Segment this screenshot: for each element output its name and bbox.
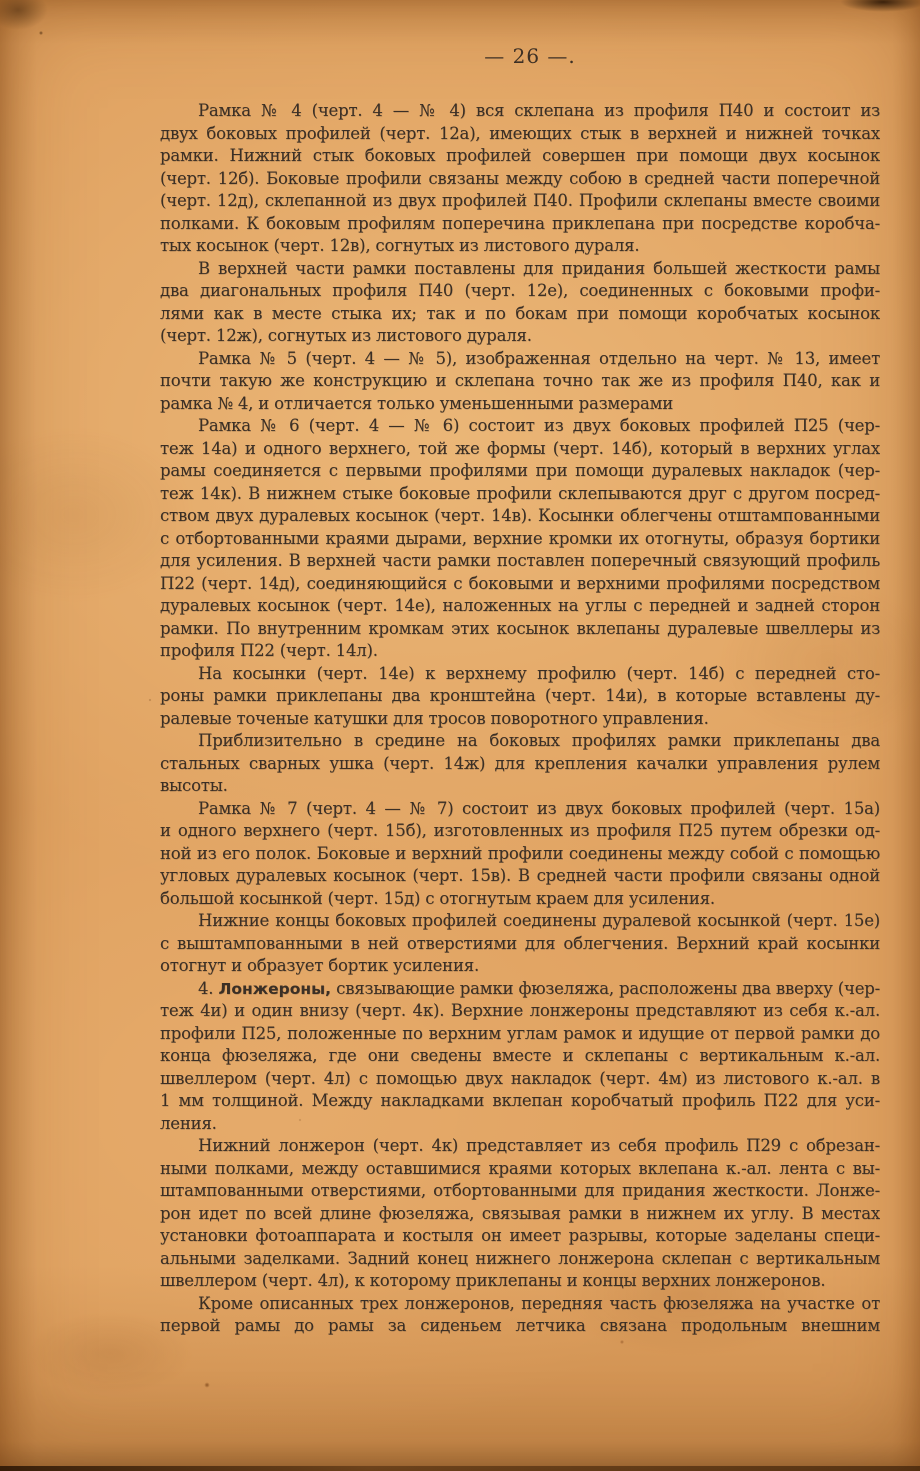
text-line: профиля П22 (черт. 14л). bbox=[160, 640, 880, 663]
text-run: Кроме описанных трех лонжеронов, передня… bbox=[198, 1294, 880, 1313]
text-run: На косынки (черт. 14е) к верхнему профил… bbox=[198, 664, 880, 683]
text-line: теж 4и) и один внизу (черт. 4к). Верхние… bbox=[160, 1000, 880, 1023]
text-run: полками. К боковым профилям поперечина п… bbox=[160, 214, 880, 233]
text-run: лями как в месте стыка их; так и по бока… bbox=[160, 304, 880, 323]
text-run: 4. bbox=[198, 979, 219, 998]
text-run: и одного верхнего (черт. 15б), изготовле… bbox=[160, 821, 880, 840]
text-line: с отбортованными краями дырами, верхние … bbox=[160, 528, 880, 551]
text-line: (черт. 12ж), согнутых из листового дурал… bbox=[160, 325, 880, 348]
text-run: для усиления. В верхней части рамки пост… bbox=[160, 551, 880, 570]
text-line: полками. К боковым профилям поперечина п… bbox=[160, 213, 880, 236]
text-run: профиля П22 (черт. 14л). bbox=[160, 641, 378, 660]
paragraph: Рамка № 4 (черт. 4 — № 4) вся склепана и… bbox=[160, 100, 880, 258]
text-line: теж 14а) и одного верхнего, той же формы… bbox=[160, 438, 880, 461]
text-line: Рамка № 6 (черт. 4 — № 6) состоит из дву… bbox=[160, 415, 880, 438]
text-line: первой рамы до рамы за сиденьем летчика … bbox=[160, 1315, 880, 1338]
text-line: (черт. 12д), склепанной из двух профилей… bbox=[160, 190, 880, 213]
text-run: швеллером (черт. 4л), к которому приклеп… bbox=[160, 1271, 825, 1290]
text-run: ралевые точеные катушки для тросов повор… bbox=[160, 709, 709, 728]
text-run: с отбортованными краями дырами, верхние … bbox=[160, 529, 880, 548]
text-run: рон идет по всей длине фюзеляжа, связыва… bbox=[160, 1204, 880, 1223]
paragraph: Кроме описанных трех лонжеронов, передня… bbox=[160, 1293, 880, 1338]
text-line: штампованными отверстиями, отбортованным… bbox=[160, 1180, 880, 1203]
text-line: высоты. bbox=[160, 775, 880, 798]
text-line: тых косынок (черт. 12в), согнутых из лис… bbox=[160, 235, 880, 258]
text-run: роны рамки приклепаны два кронштейна (че… bbox=[160, 686, 880, 705]
text-run: (черт. 12ж), согнутых из листового дурал… bbox=[160, 326, 532, 345]
text-line: швеллером (черт. 4л) с помощью двух накл… bbox=[160, 1068, 880, 1091]
text-run: ством двух дуралевых косынок (черт. 14в)… bbox=[160, 506, 880, 525]
text-line: 1 мм толщиной. Между накладками вклепан … bbox=[160, 1090, 880, 1113]
text-run: (черт. 12д), склепанной из двух профилей… bbox=[160, 191, 880, 210]
text-line: рамки. По внутренним кромкам этих косыно… bbox=[160, 618, 880, 641]
text-run: ной из его полок. Боковые и верхний проф… bbox=[160, 844, 880, 863]
text-line: ралевые точеные катушки для тросов повор… bbox=[160, 708, 880, 731]
text-line: двух боковых профилей (черт. 12а), имеющ… bbox=[160, 123, 880, 146]
text-run: теж 14к). В нижнем стыке боковые профили… bbox=[160, 484, 880, 503]
text-run: Нижние концы боковых профилей соединены … bbox=[198, 911, 880, 930]
text-run: Рамка № 4 (черт. 4 — № 4) вся склепана и… bbox=[198, 101, 880, 120]
scan-edge-blot-top-right bbox=[840, 0, 920, 12]
text-run: теж 4и) и один внизу (черт. 4к). Верхние… bbox=[160, 1001, 880, 1020]
text-run: стальных сварных ушка (черт. 14ж) для кр… bbox=[160, 754, 880, 773]
text-run: с выштампованными в ней отверстиями для … bbox=[160, 934, 880, 953]
text-run: рамки. Нижний стык боковых профилей сове… bbox=[160, 146, 880, 165]
text-run: высоты. bbox=[160, 776, 228, 795]
paragraph: Приблизительно в средине на боковых проф… bbox=[160, 730, 880, 798]
scan-edge-bottom bbox=[0, 1466, 920, 1471]
page-number: — 26 —. bbox=[160, 44, 900, 68]
text-line: два диагональных профиля П40 (черт. 12е)… bbox=[160, 280, 880, 303]
text-run: швеллером (черт. 4л) с помощью двух накл… bbox=[160, 1069, 880, 1088]
text-line: ной из его полок. Боковые и верхний проф… bbox=[160, 843, 880, 866]
scan-edge-shadow-top-left bbox=[0, 0, 48, 30]
text-line: почти такую же конструкцию и склепана то… bbox=[160, 370, 880, 393]
text-line: установки фотоаппарата и костыля он имее… bbox=[160, 1225, 880, 1248]
text-line: стальных сварных ушка (черт. 14ж) для кр… bbox=[160, 753, 880, 776]
text-line: 4. Лонжероны, связывающие рамки фюзеляжа… bbox=[160, 978, 880, 1001]
text-run: угловых дуралевых косынок (черт. 15в). В… bbox=[160, 866, 880, 885]
text-run: П22 (черт. 14д), соединяющийся с боковым… bbox=[160, 574, 880, 593]
text-line: Приблизительно в средине на боковых проф… bbox=[160, 730, 880, 753]
bold-term: Лонжероны, bbox=[219, 980, 332, 998]
text-run: ными полками, между оставшимися краями к… bbox=[160, 1159, 880, 1178]
text-line: Нижние концы боковых профилей соединены … bbox=[160, 910, 880, 933]
text-run: В верхней части рамки поставлены для при… bbox=[198, 259, 880, 278]
text-line: ными полками, между оставшимися краями к… bbox=[160, 1158, 880, 1181]
text-line: лями как в месте стыка их; так и по бока… bbox=[160, 303, 880, 326]
text-line: с выштампованными в ней отверстиями для … bbox=[160, 933, 880, 956]
text-line: ления. bbox=[160, 1113, 880, 1136]
text-run: Рамка № 6 (черт. 4 — № 6) состоит из дву… bbox=[198, 416, 880, 435]
text-run: альными заделками. Задний конец нижнего … bbox=[160, 1249, 880, 1268]
text-run: дуралевых косынок (черт. 14е), наложенны… bbox=[160, 596, 880, 615]
text-line: (черт. 12б). Боковые профили связаны меж… bbox=[160, 168, 880, 191]
text-run: ления. bbox=[160, 1114, 217, 1133]
paragraph: На косынки (черт. 14е) к верхнему профил… bbox=[160, 663, 880, 731]
text-run: Рамка № 5 (черт. 4 — № 5), изображенная … bbox=[198, 349, 880, 368]
text-line: угловых дуралевых косынок (черт. 15в). В… bbox=[160, 865, 880, 888]
text-run: рамки. По внутренним кромкам этих косыно… bbox=[160, 619, 880, 638]
text-line: В верхней части рамки поставлены для при… bbox=[160, 258, 880, 281]
paragraph: Рамка № 5 (черт. 4 — № 5), изображенная … bbox=[160, 348, 880, 416]
paragraph: Нижний лонжерон (черт. 4к) представляет … bbox=[160, 1135, 880, 1293]
text-run: (черт. 12б). Боковые профили связаны меж… bbox=[160, 169, 880, 188]
text-line: швеллером (черт. 4л), к которому приклеп… bbox=[160, 1270, 880, 1293]
text-line: рамы соединяется с первыми профилями при… bbox=[160, 460, 880, 483]
text-run: первой рамы до рамы за сиденьем летчика … bbox=[160, 1316, 880, 1338]
scanned-page: — 26 —. Рамка № 4 (черт. 4 — № 4) вся ск… bbox=[0, 0, 920, 1471]
text-run: профили П25, положенные по верхним углам… bbox=[160, 1024, 880, 1043]
paragraph: В верхней части рамки поставлены для при… bbox=[160, 258, 880, 348]
text-line: для усиления. В верхней части рамки пост… bbox=[160, 550, 880, 573]
text-line: теж 14к). В нижнем стыке боковые профили… bbox=[160, 483, 880, 506]
text-run: два диагональных профиля П40 (черт. 12е)… bbox=[160, 281, 880, 300]
text-line: Рамка № 7 (черт. 4 — № 7) состоит из дву… bbox=[160, 798, 880, 821]
text-line: Кроме описанных трех лонжеронов, передня… bbox=[160, 1293, 880, 1316]
text-run: установки фотоаппарата и костыля он имее… bbox=[160, 1226, 880, 1245]
text-run: рамы соединяется с первыми профилями при… bbox=[160, 461, 880, 480]
text-line: большой косынкой (черт. 15д) с отогнутым… bbox=[160, 888, 880, 911]
page-text: Рамка № 4 (черт. 4 — № 4) вся склепана и… bbox=[160, 100, 880, 1338]
text-run: большой косынкой (черт. 15д) с отогнутым… bbox=[160, 889, 715, 908]
text-run: конца фюзеляжа, где они сведены вместе и… bbox=[160, 1046, 880, 1065]
text-line: альными заделками. Задний конец нижнего … bbox=[160, 1248, 880, 1271]
text-run: рамка № 4, и отличается только уменьшенн… bbox=[160, 394, 673, 413]
text-line: Нижний лонжерон (черт. 4к) представляет … bbox=[160, 1135, 880, 1158]
text-run: двух боковых профилей (черт. 12а), имеющ… bbox=[160, 124, 880, 143]
text-run: теж 14а) и одного верхнего, той же формы… bbox=[160, 439, 880, 458]
text-run: 1 мм толщиной. Между накладками вклепан … bbox=[160, 1091, 880, 1110]
paragraph: Рамка № 6 (черт. 4 — № 6) состоит из дву… bbox=[160, 415, 880, 663]
paragraph: Рамка № 7 (черт. 4 — № 7) состоит из дву… bbox=[160, 798, 880, 911]
text-line: П22 (черт. 14д), соединяющийся с боковым… bbox=[160, 573, 880, 596]
text-line: и одного верхнего (черт. 15б), изготовле… bbox=[160, 820, 880, 843]
text-run: почти такую же конструкцию и склепана то… bbox=[160, 371, 880, 390]
paragraph: 4. Лонжероны, связывающие рамки фюзеляжа… bbox=[160, 978, 880, 1136]
text-line: отогнут и образует бортик усиления. bbox=[160, 955, 880, 978]
paragraph: Нижние концы боковых профилей соединены … bbox=[160, 910, 880, 978]
text-line: рамка № 4, и отличается только уменьшенн… bbox=[160, 393, 880, 416]
text-run: Приблизительно в средине на боковых проф… bbox=[198, 731, 880, 750]
text-line: конца фюзеляжа, где они сведены вместе и… bbox=[160, 1045, 880, 1068]
text-line: дуралевых косынок (черт. 14е), наложенны… bbox=[160, 595, 880, 618]
text-line: ством двух дуралевых косынок (черт. 14в)… bbox=[160, 505, 880, 528]
text-run: связывающие рамки фюзеляжа, расположены … bbox=[331, 979, 880, 998]
text-run: штампованными отверстиями, отбортованным… bbox=[160, 1181, 880, 1200]
text-run: отогнут и образует бортик усиления. bbox=[160, 956, 479, 975]
text-run: Нижний лонжерон (черт. 4к) представляет … bbox=[198, 1136, 880, 1155]
text-line: профили П25, положенные по верхним углам… bbox=[160, 1023, 880, 1046]
text-run: тых косынок (черт. 12в), согнутых из лис… bbox=[160, 236, 639, 255]
text-line: Рамка № 5 (черт. 4 — № 5), изображенная … bbox=[160, 348, 880, 371]
text-line: роны рамки приклепаны два кронштейна (че… bbox=[160, 685, 880, 708]
text-run: Рамка № 7 (черт. 4 — № 7) состоит из дву… bbox=[198, 799, 880, 818]
text-line: рамки. Нижний стык боковых профилей сове… bbox=[160, 145, 880, 168]
text-line: Рамка № 4 (черт. 4 — № 4) вся склепана и… bbox=[160, 100, 880, 123]
text-line: рон идет по всей длине фюзеляжа, связыва… bbox=[160, 1203, 880, 1226]
text-line: На косынки (черт. 14е) к верхнему профил… bbox=[160, 663, 880, 686]
